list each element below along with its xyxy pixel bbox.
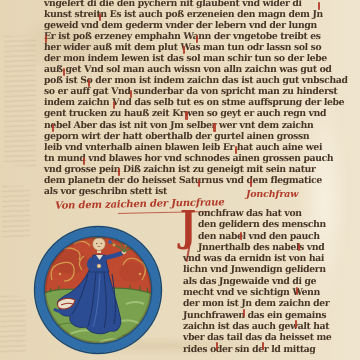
- rubrication-mark: [250, 179, 252, 187]
- rubrication-mark: [183, 46, 185, 54]
- text-line: vnd was da ernidn ist von hai: [183, 253, 338, 264]
- rubrication-mark: [240, 232, 242, 240]
- rubrication-mark: [235, 146, 237, 154]
- rubrication-mark: [243, 309, 245, 317]
- manuscript-page: { "page": { "kind": "medieval manuscript…: [0, 0, 360, 360]
- rubrication-mark: [296, 287, 298, 295]
- text-line: onchfraw das hat von: [198, 208, 338, 219]
- text-line: auß get Vnd sol man auch wissn von alln …: [44, 64, 336, 75]
- text-line: als das Jngewaide vnd di ge: [183, 276, 338, 287]
- text-line: leib vnd vnterhalb ainen blawen leib Er …: [44, 142, 336, 153]
- text-line: den nabel vnd den pauch: [198, 231, 338, 242]
- text-line: vber das tail das da heisset me: [183, 332, 338, 343]
- text-line: geweid vnd dem gederm vnder der lebern v…: [44, 20, 336, 31]
- rubrication-mark: [63, 68, 65, 76]
- text-line: nebel Aber das ist nit von Jm selber wer…: [44, 120, 336, 131]
- head: [93, 238, 106, 251]
- text-line: Junchfrawen das ein gemains: [183, 310, 338, 321]
- rubrication-mark: [113, 101, 115, 109]
- text-line: rides oder sin der ld mittag: [183, 344, 338, 355]
- text-line: indem zaichn Vnd das selb tut es on stme…: [44, 97, 336, 108]
- rubrication-mark: [216, 342, 218, 350]
- rubrication-mark: [99, 13, 101, 21]
- text-line: gent trucken zu hauß zeit Krwen so geyt …: [44, 108, 336, 119]
- text-line: vnd grosse pein Diß zaichn ist zu geneig…: [44, 164, 336, 175]
- rubrication-mark: [130, 90, 132, 98]
- rubrication-mark: [52, 124, 54, 132]
- rubrication-mark: [118, 168, 120, 176]
- text-line: mecht vnd ve sichtign Wenn: [183, 287, 338, 298]
- text-line: der mon ist Jn dem zaichn der: [183, 298, 338, 309]
- text-line: dem planetn der do heisset Saturnus vnd …: [44, 175, 336, 186]
- text-line: Er ist poß erzeney emphahn Wann der vnge…: [44, 31, 336, 42]
- text-line: kunst streitn Es ist auch poß erzeneien …: [44, 9, 336, 20]
- text-line: den gelidern des menschn: [198, 219, 338, 230]
- text-line: lichn vnd Jnwendign gelidern: [183, 264, 338, 275]
- text-line: der mon indem lewen ist das sol man schi…: [44, 53, 336, 64]
- text-line: geporn wirt der hatt oberthalb der gurte…: [44, 131, 336, 142]
- rubrication-mark: [185, 111, 188, 120]
- rubrication-mark: [45, 35, 47, 43]
- text-line: so er auff gat Vnd sunderbar da von spri…: [44, 86, 336, 97]
- rubrication-mark: [88, 79, 90, 87]
- rubrication-mark: [83, 157, 85, 165]
- rubrication-mark: [196, 35, 198, 43]
- rubrication-mark: [295, 320, 297, 328]
- text-line: vngelert di die den pychern nit glaubent…: [44, 0, 336, 9]
- rubrication-mark: [262, 342, 264, 350]
- rubrication-mark: [318, 2, 320, 10]
- text-line: tn mund vnd blawes hor vnd schnodes aine…: [44, 153, 336, 164]
- margin-showthrough: [0, 296, 26, 352]
- margin-showthrough: [4, 36, 36, 166]
- running-keyword: Jonchfraw: [246, 189, 298, 200]
- text-line: Jnnerthalb des nabels vnd: [198, 242, 338, 253]
- margin-showthrough: [2, 186, 30, 240]
- virgo-medallion: [30, 222, 167, 359]
- paragraph-mark: [213, 123, 216, 132]
- text-line: her wider auß mit dem plut Was man tun o…: [44, 42, 336, 53]
- rubrication-mark: [298, 243, 300, 251]
- right-text-column: onchfraw das hat von den gelidern des me…: [183, 208, 338, 355]
- right-hand: [97, 264, 101, 268]
- rubrication-mark: [198, 179, 200, 187]
- main-text-block: vngelert di die den pychern nit glaubent…: [44, 0, 336, 197]
- text-line: zaichn ist das auch gewalt hat: [183, 321, 338, 332]
